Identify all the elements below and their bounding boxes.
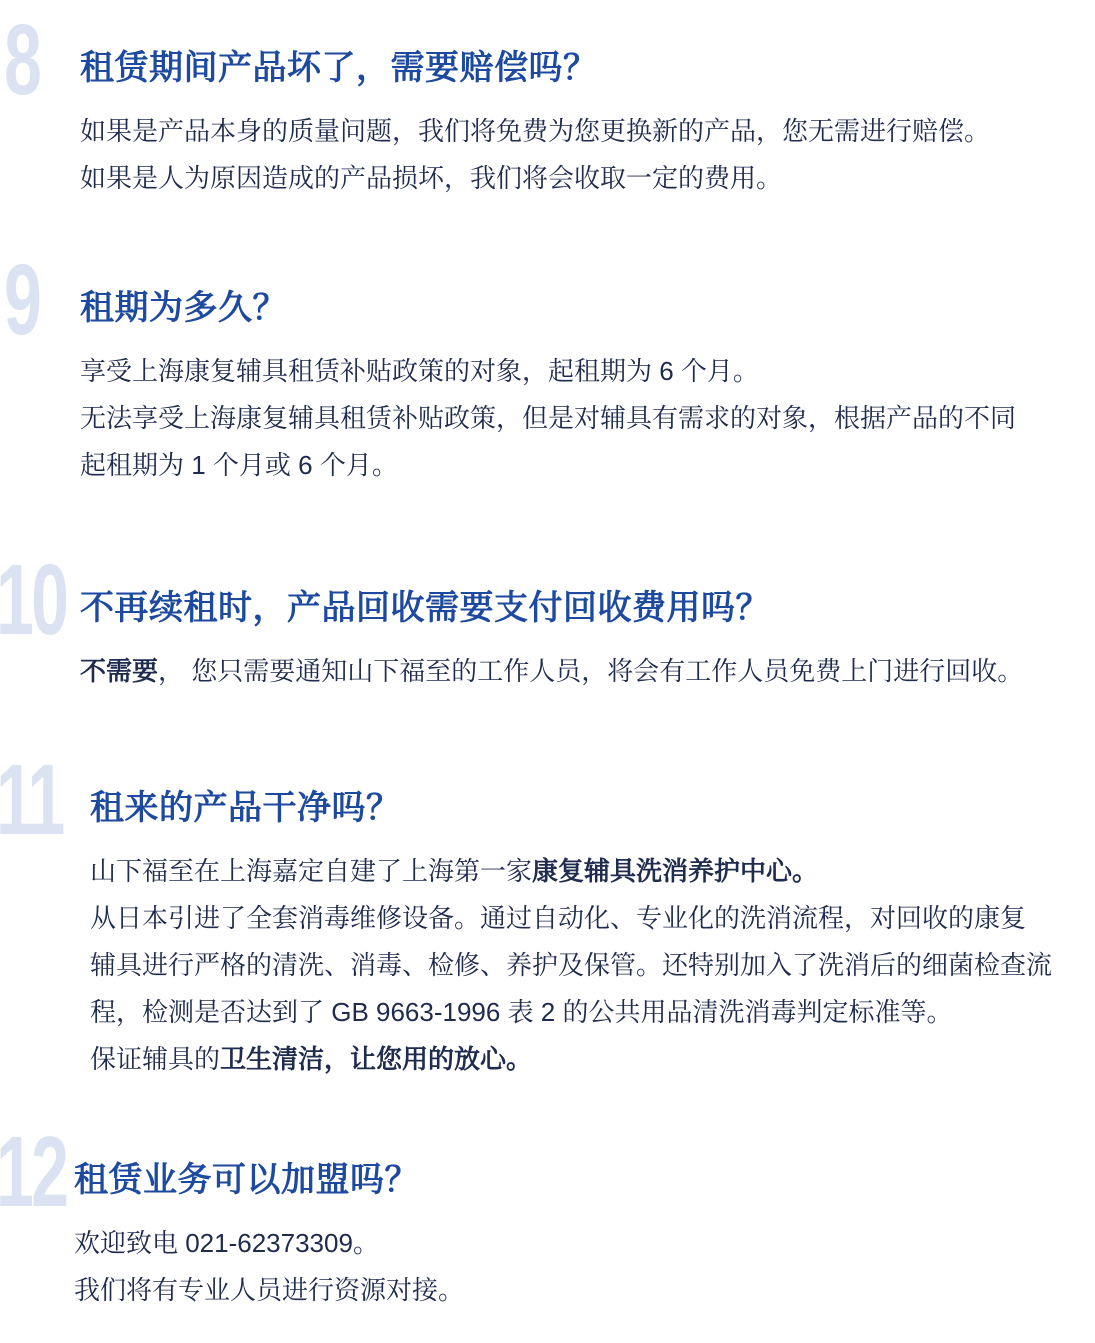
faq-number: 12	[0, 1124, 66, 1220]
answer-text: 从日本引进了全套消毒维修设备。通过自动化、专业化的洗消流程，对回收的康复	[90, 903, 1026, 933]
faq-number: 9	[4, 252, 39, 348]
answer-text-bold: 康复辅具洗消养护中心。	[532, 856, 818, 886]
answer-text: 辅具进行严格的清洗、消毒、检修、养护及保管。还特别加入了洗消后的细菌检查流	[90, 950, 1052, 980]
faq-item-10: 10 不再续租时，产品回收需要支付回收费用吗？ 不需要， 您只需要通知山下福至的…	[0, 548, 1095, 695]
faq-question: 租赁期间产品坏了，需要赔偿吗？	[80, 8, 1055, 88]
answer-text: 程，检测是否达到了 GB 9663-1996 表 2 的公共用品清洗消毒判定标准…	[90, 997, 952, 1027]
faq-item-12: 12 租赁业务可以加盟吗？ 欢迎致电 021-62373309。 我们将有专业人…	[0, 1120, 1095, 1314]
faq-question: 租赁业务可以加盟吗？	[74, 1120, 1055, 1200]
answer-line: 如果是人为原因造成的产品损坏，我们将会收取一定的费用。	[80, 155, 1055, 202]
faq-page: 8 租赁期间产品坏了，需要赔偿吗？ 如果是产品本身的质量问题，我们将免费为您更换…	[0, 0, 1095, 1314]
faq-answer: 山下福至在上海嘉定自建了上海第一家康复辅具洗消养护中心。 从日本引进了全套消毒维…	[90, 848, 1055, 1083]
answer-text: 如果是人为原因造成的产品损坏，我们将会收取一定的费用。	[80, 163, 782, 193]
faq-item-9: 9 租期为多久？ 享受上海康复辅具租赁补贴政策的对象，起租期为 6 个月。 无法…	[0, 248, 1095, 489]
answer-line: 保证辅具的卫生清洁，让您用的放心。	[90, 1036, 1055, 1083]
answer-line: 无法享受上海康复辅具租赁补贴政策，但是对辅具有需求的对象，根据产品的不同	[80, 395, 1055, 442]
answer-line: 不需要， 您只需要通知山下福至的工作人员，将会有工作人员免费上门进行回收。	[80, 648, 1055, 695]
faq-question: 租期为多久？	[80, 248, 1055, 328]
answer-text: ， 您只需要通知山下福至的工作人员，将会有工作人员免费上门进行回收。	[158, 656, 1023, 686]
answer-text-bold: 卫生清洁，让您用的放心。	[220, 1044, 532, 1074]
faq-number: 11	[0, 752, 62, 848]
answer-text: 我们将有专业人员进行资源对接。	[74, 1275, 464, 1305]
faq-answer: 如果是产品本身的质量问题，我们将免费为您更换新的产品，您无需进行赔偿。 如果是人…	[80, 108, 1055, 202]
answer-line: 从日本引进了全套消毒维修设备。通过自动化、专业化的洗消流程，对回收的康复	[90, 895, 1055, 942]
answer-line: 如果是产品本身的质量问题，我们将免费为您更换新的产品，您无需进行赔偿。	[80, 108, 1055, 155]
faq-item-11: 11 租来的产品干净吗？ 山下福至在上海嘉定自建了上海第一家康复辅具洗消养护中心…	[0, 748, 1095, 1083]
faq-number: 8	[4, 12, 39, 108]
faq-answer: 不需要， 您只需要通知山下福至的工作人员，将会有工作人员免费上门进行回收。	[80, 648, 1055, 695]
answer-line: 欢迎致电 021-62373309。	[74, 1220, 1055, 1267]
faq-item-8: 8 租赁期间产品坏了，需要赔偿吗？ 如果是产品本身的质量问题，我们将免费为您更换…	[0, 8, 1095, 202]
answer-text: 无法享受上海康复辅具租赁补贴政策，但是对辅具有需求的对象，根据产品的不同	[80, 403, 1016, 433]
answer-line: 山下福至在上海嘉定自建了上海第一家康复辅具洗消养护中心。	[90, 848, 1055, 895]
answer-text: 欢迎致电 021-62373309。	[74, 1228, 379, 1258]
faq-answer: 欢迎致电 021-62373309。 我们将有专业人员进行资源对接。	[74, 1220, 1055, 1314]
faq-answer: 享受上海康复辅具租赁补贴政策的对象，起租期为 6 个月。 无法享受上海康复辅具租…	[80, 348, 1055, 489]
answer-line: 享受上海康复辅具租赁补贴政策的对象，起租期为 6 个月。	[80, 348, 1055, 395]
answer-text: 起租期为 1 个月或 6 个月。	[80, 450, 398, 480]
answer-text: 保证辅具的	[90, 1044, 220, 1074]
faq-question: 不再续租时，产品回收需要支付回收费用吗？	[80, 548, 1055, 628]
answer-text: 山下福至在上海嘉定自建了上海第一家	[90, 856, 532, 886]
answer-line: 程，检测是否达到了 GB 9663-1996 表 2 的公共用品清洗消毒判定标准…	[90, 989, 1055, 1036]
answer-text: 享受上海康复辅具租赁补贴政策的对象，起租期为 6 个月。	[80, 356, 759, 386]
answer-line: 起租期为 1 个月或 6 个月。	[80, 442, 1055, 489]
answer-line: 辅具进行严格的清洗、消毒、检修、养护及保管。还特别加入了洗消后的细菌检查流	[90, 942, 1055, 989]
answer-line: 我们将有专业人员进行资源对接。	[74, 1267, 1055, 1314]
faq-question: 租来的产品干净吗？	[90, 748, 1055, 828]
faq-number: 10	[0, 552, 66, 648]
answer-text: 如果是产品本身的质量问题，我们将免费为您更换新的产品，您无需进行赔偿。	[80, 116, 990, 146]
answer-text-bold: 不需要	[80, 656, 158, 686]
